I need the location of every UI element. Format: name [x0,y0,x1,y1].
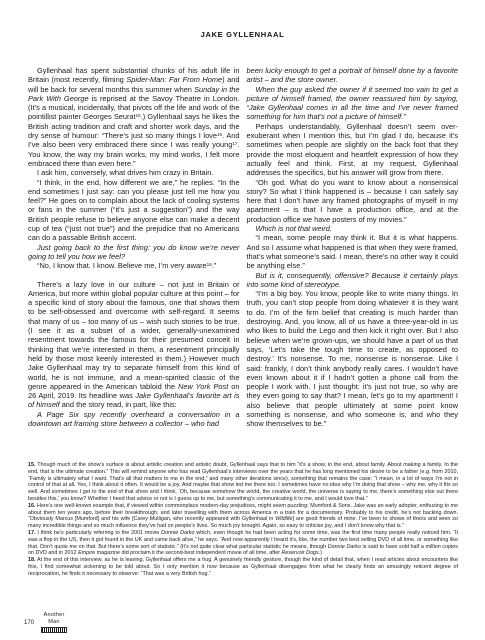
paragraph: But is it, consequently, offensive? Beca… [247,271,459,290]
article-title: JAKE GYLLENHAAL [201,30,285,39]
page-number: 170 [24,620,34,633]
text-column-right: been lucky enough to get a portrait of h… [247,66,459,429]
magazine-logo-line2: Man [48,619,59,626]
footnote-reference: 16 [217,132,222,137]
paragraph: A Page Six spy recently overheard a conv… [28,410,240,429]
footnote-16: 16. Here’s one well-known example that, … [28,503,458,530]
paragraph: “No, I know that. I know. Believe me, I’… [28,261,240,270]
barcode-icon [41,627,67,633]
paragraph: Gyllenhaal has spent substantial chunks … [28,66,240,168]
paragraph: Which is not that weird. [247,224,459,233]
text-column-left: Gyllenhaal has spent substantial chunks … [28,66,240,429]
paragraph: I ask him, conversely, what drives him c… [28,168,240,177]
paragraph: “I think, in the end, how different we a… [28,178,240,243]
paragraph: been lucky enough to get a portrait of h… [247,66,459,85]
footnotes-section: 15. Though much of the show’s surface is… [28,462,458,578]
page-footer: 170 Another Man [24,612,67,633]
paragraph: There’s a lazy love in our culture – not… [28,280,240,410]
footnote-reference: 17 [232,141,237,146]
footnote-18: 18. At the end of this interview, as he … [28,557,458,577]
magazine-page: JAKE GYLLENHAAL Gyllenhaal has spent sub… [0,0,485,640]
paragraph: Perhaps understandably, Gyllenhaal doesn… [247,122,459,178]
paragraph: When the guy asked the owner if it seeme… [247,85,459,122]
footnote-17: 17. I think he’s particularly referring … [28,530,458,557]
footnote-reference: 18 [207,262,212,267]
paragraph: “I mean, some people may think it. But i… [247,233,459,270]
footnote-reference: 15 [136,113,141,118]
paragraph: “I’m a big boy. You know, people like to… [247,289,459,428]
paragraph: “Oh god. What do you want to know about … [247,178,459,224]
paragraph: Just going back to the first thing: you … [28,243,240,262]
article-body: Gyllenhaal has spent substantial chunks … [28,66,458,429]
magazine-logo-line1: Another [44,612,65,619]
magazine-logo: Another Man [41,612,67,633]
article-header: JAKE GYLLENHAAL [0,24,485,42]
footnote-15: 15. Though much of the show’s surface is… [28,462,458,503]
